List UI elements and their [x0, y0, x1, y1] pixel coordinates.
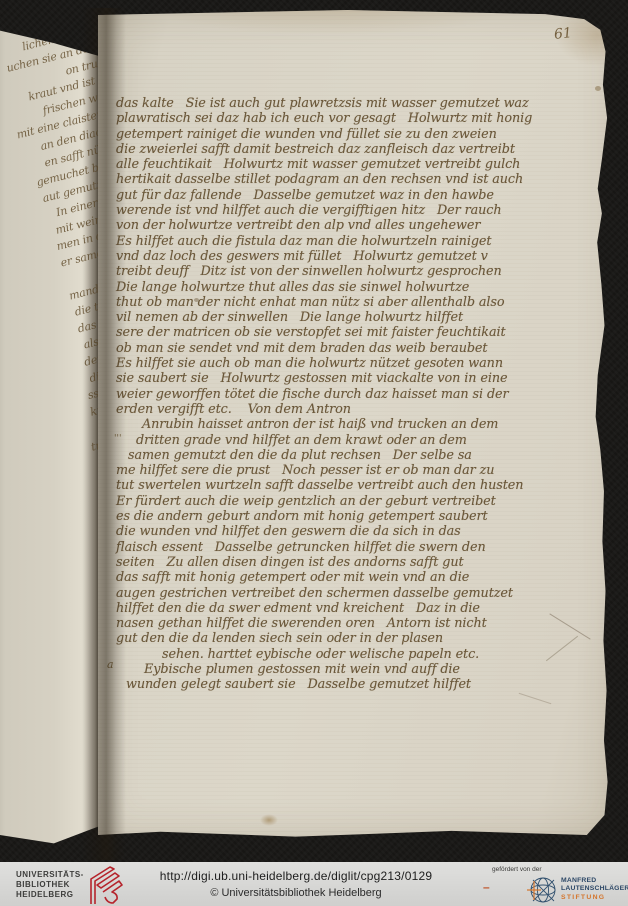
scan-url: http://digi.ub.uni-heidelberg.de/diglit/…: [146, 869, 446, 883]
funding-label: gefördert von der: [492, 866, 542, 873]
folio-number: 61: [553, 25, 572, 43]
parchment-stain: [194, 298, 199, 302]
manuscript-line: erden vergifft etc. Von dem Antron: [116, 402, 604, 417]
manuscript-line: flaisch essent Dasselbe getruncken hilff…: [116, 540, 604, 555]
manuscript-line: Die lange holwurtze thut alles das sie s…: [116, 280, 604, 295]
manuscript-line: hertikait dasselbe stillet podagram an d…: [116, 172, 604, 187]
manuscript-line: me hilffet sere die prust Noch pesser is…: [116, 463, 604, 478]
previous-page-text-fragments: der wortels wurtzench leib man gesellich…: [0, 18, 98, 647]
margin-mark: ''': [114, 434, 121, 444]
margin-mark: a: [107, 658, 114, 671]
funder-name: MANFRED LAUTENSCHLÄGER STIFTUNG: [561, 877, 628, 902]
manuscript-line: gut für daz fallende Dasselbe gemutzet w…: [116, 188, 604, 203]
manuscript-line: es die andern geburt andorn mit honig ge…: [116, 509, 604, 524]
funder-dash: –: [483, 880, 490, 894]
manuscript-line: wunden gelegt saubert sie Dasselbe gemut…: [126, 677, 604, 692]
manuscript-line: Eybische plumen gestossen mit wein vnd a…: [144, 662, 604, 677]
library-name-line: UNIVERSITÄTS-: [16, 870, 84, 880]
manuscript-line: seiten Zu allen disen dingen ist des and…: [116, 555, 604, 570]
manuscript-line: sere der matricen ob sie verstopfet sei …: [116, 325, 604, 340]
ub-heidelberg-logo-icon: [82, 864, 126, 906]
manuscript-line: augen gestrichen vertreibet den schermen…: [116, 586, 604, 601]
manuscript-line: alle feuchtikait Holwurtz mit wasser gem…: [116, 157, 604, 172]
manuscript-line: von der holwurtze vertreibt den alp vnd …: [116, 218, 604, 233]
scan-viewport: der wortels wurtzench leib man gesellich…: [0, 0, 628, 906]
manuscript-line: vnd daz loch des geswers mit füllet Holw…: [116, 249, 604, 264]
manuscript-line: Es hilffet sie auch ob man die holwurtz …: [116, 356, 604, 371]
manuscript-line: das kalte Sie ist auch gut plawretzsis m…: [116, 96, 604, 111]
library-footer-bar: UNIVERSITÄTS- BIBLIOTHEK HEIDELBERG http…: [0, 862, 628, 906]
manuscript-line: Er fürdert auch die weip gentzlich an de…: [116, 494, 604, 509]
manuscript-line: treibt deuff Ditz ist von der sinwellen …: [116, 264, 604, 279]
manuscript-line: hilffet den die da swer edment vnd kreic…: [116, 601, 604, 616]
manuscript-line: samen gemutzt den die da plut rechsen De…: [128, 448, 604, 463]
manuscript-page: 61 das kalte Sie ist auch gut plawretzsi…: [98, 10, 618, 840]
manuscript-line: weier geworffen tötet die fische durch d…: [116, 387, 604, 402]
previous-page-edge: der wortels wurtzench leib man gesellich…: [0, 18, 98, 856]
pencil-stroke: [519, 693, 552, 704]
funder-suffix: STIFTUNG: [561, 894, 628, 902]
library-name-line: BIBLIOTHEK: [16, 880, 84, 890]
manuscript-line: nasen gethan hilffet die swerenden oren …: [116, 616, 604, 631]
manuscript-line: plawratisch sei daz hab ich euch vor ges…: [116, 111, 604, 126]
manuscript-line: gut den die da lenden siech sein oder in…: [116, 631, 604, 646]
manuscript-line: werende ist vnd hilffet auch die vergiff…: [116, 203, 604, 218]
manuscript-line: die zweierlei safft damit bestreich daz …: [116, 142, 604, 157]
copyright-line: © Universitätsbibliothek Heidelberg: [146, 887, 446, 899]
library-name-line: HEIDELBERG: [16, 890, 84, 900]
manuscript-line: das safft mit honig getempert oder mit w…: [116, 570, 604, 585]
manuscript-line: die wunden vnd hilffet den geswern die d…: [116, 524, 604, 539]
manuscript-line: sie saubert sie Holwurtz gestossen mit v…: [116, 371, 604, 386]
manuscript-line: tut swertelen wurtzeln safft dasselbe ve…: [116, 478, 604, 493]
manuscript-text-block: das kalte Sie ist auch gut plawretzsis m…: [116, 96, 604, 693]
manuscript-line: dritten grade vnd hilffet an dem krawt o…: [136, 433, 604, 448]
funder-name-line: LAUTENSCHLÄGER: [561, 885, 628, 893]
scan-attribution: http://digi.ub.uni-heidelberg.de/diglit/…: [146, 869, 446, 899]
manuscript-line: Es hilffet auch die fistula daz man die …: [116, 234, 604, 249]
manuscript-line: Anrubin haisset antron der ist haiß vnd …: [142, 417, 604, 432]
manuscript-line: thut ob man der nicht enhat man nütz si …: [116, 295, 604, 310]
parchment-stain: [595, 86, 601, 91]
manuscript-line: getempert rainiget die wunden vnd füllet…: [116, 127, 604, 142]
manuscript-line: sehen. harttet eybische oder welische pa…: [162, 647, 604, 662]
manuscript-line: vil nemen ab der sinwellen Die lange hol…: [116, 310, 604, 325]
library-name: UNIVERSITÄTS- BIBLIOTHEK HEIDELBERG: [16, 870, 84, 900]
manuscript-line: ob man sie sendet vnd mit dem braden das…: [116, 341, 604, 356]
parchment-stain: [260, 814, 278, 826]
globe-logo-icon: [527, 874, 559, 906]
